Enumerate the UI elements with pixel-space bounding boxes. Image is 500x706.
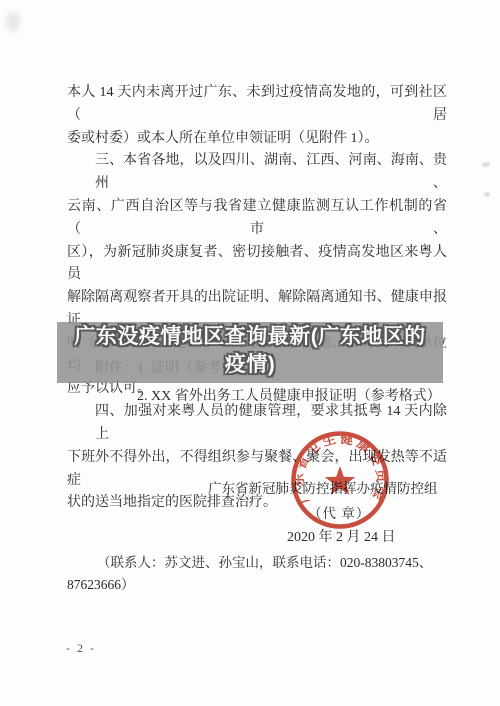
body-line: 委或村委）或本人所在单位申领证明（见附件 1）。 [67, 128, 447, 151]
body-line: 区），为新冠肺炎康复者、密切接触者、疫情高发地区来粤人员 [67, 242, 447, 288]
seal-star-icon [325, 466, 355, 495]
attachment-line-2: 2. XX 省外出务工人员健康申报证明（参考格式） [137, 385, 441, 405]
body-line: 云南、广西自治区等与我省建立健康监测互认工作机制的省（市、 [67, 196, 447, 242]
body-line: 三、本省各地，以及四川、湖南、江西、河南、海南、贵州、 [67, 150, 447, 196]
headline-line-1: 广东没疫情地区查询最新(广东地区的 [74, 323, 426, 351]
scanned-document-page: 本人 14 天内未离开过广东、未到过疫情高发地的，可到社区（居 委或村委）或本人… [0, 0, 500, 706]
scan-artifact [6, 12, 20, 32]
body-line: 本人 14 天内未离开过广东、未到过疫情高发地的，可到社区（居 [67, 82, 447, 128]
scan-artifact [484, 192, 490, 197]
headline-line-2: 疫情) [225, 351, 276, 379]
contact-line-2: 87623666） [67, 573, 135, 593]
scan-artifact [482, 162, 490, 167]
page-number: - 2 - [66, 641, 96, 656]
headline-overlay: 广东没疫情地区查询最新(广东地区的 疫情) [57, 322, 443, 383]
contact-line-1: （联系人：苏文进、孙宝山，联系电话：020-83803745、 [97, 551, 432, 571]
official-seal-icon: 广东省卫生健康委员会 [288, 428, 392, 532]
